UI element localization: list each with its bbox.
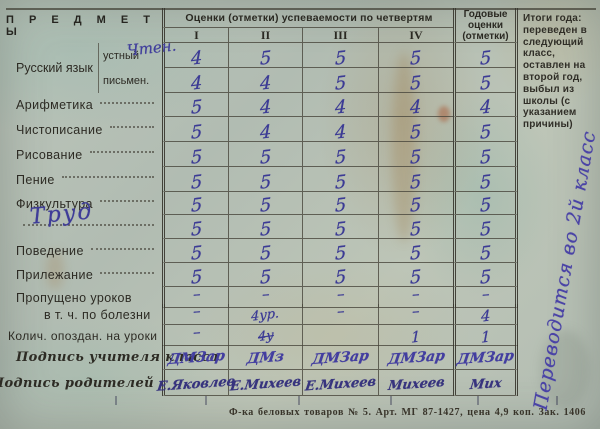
teacher-signature: ДМЗар xyxy=(456,348,515,368)
teacher-signature: ДМЗар xyxy=(386,348,445,368)
grade-value: 4 xyxy=(191,49,202,68)
parent-signature: Е.Яковлев xyxy=(156,374,236,395)
grade-value-struck: 4у xyxy=(258,330,274,344)
subject-label: Арифметика xyxy=(16,98,93,112)
grade-value: 5 xyxy=(191,244,202,263)
table-row-parents-signature: Подпись родителей Е.Яковлев Е.Михеев Е.М… xyxy=(6,370,518,396)
grade-value: – xyxy=(481,287,489,302)
grade-value: 5 xyxy=(191,148,202,167)
grade-value: – xyxy=(412,304,420,319)
showthrough-tick xyxy=(477,396,479,405)
grade-value: 5 xyxy=(480,49,491,68)
grade-value: 5 xyxy=(260,220,271,239)
parent-signature: Е.Михеев xyxy=(304,374,377,394)
grade-value: 4 xyxy=(335,123,346,142)
grade-value: – xyxy=(261,287,269,302)
parent-signature: Е.Михеев xyxy=(229,374,302,394)
table-row-conduct: Поведение 5 5 5 5 5 xyxy=(6,239,518,263)
grade-value: 5 xyxy=(480,148,491,167)
parent-signature: Михеев xyxy=(387,375,446,394)
quarter-col-3: III xyxy=(302,28,378,43)
teacher-signature: ДМз xyxy=(246,349,285,368)
quarter-col-4: IV xyxy=(378,28,453,43)
grade-value: 5 xyxy=(480,123,491,142)
grade-value: 5 xyxy=(480,244,491,263)
dotted-leader xyxy=(100,200,154,202)
grade-value: – xyxy=(192,304,200,319)
grade-value: 5 xyxy=(410,49,421,68)
grade-value: 1 xyxy=(481,329,490,345)
grade-value: – xyxy=(412,287,420,302)
table-row-arithmetic: Арифметика 5 4 4 4 4 xyxy=(6,93,518,117)
grade-value: 4 xyxy=(480,98,491,117)
subject-label: Прилежание xyxy=(16,268,93,282)
grade-value: 4 xyxy=(410,98,421,117)
grade-value: 5 xyxy=(410,148,421,167)
report-card-page: П Р Е Д М Е Т Ы Оценки (отметки) успевае… xyxy=(0,0,600,429)
table-row-teacher-signature: Подпись учителя класса ДМЗар ДМз ДМЗар Д… xyxy=(6,345,518,370)
quarter-col-2: II xyxy=(228,28,302,43)
grade-value: 5 xyxy=(410,220,421,239)
grade-value: 5 xyxy=(260,244,271,263)
grade-value: 5 xyxy=(260,196,271,215)
grade-value: 5 xyxy=(260,173,271,192)
parent-signature: Мих xyxy=(469,376,503,393)
grade-col-q4: 5 5 xyxy=(378,43,453,93)
subject-label: Пение xyxy=(16,173,55,187)
showthrough-tick xyxy=(298,396,300,405)
row-label: в т. ч. по болезни xyxy=(44,308,151,322)
grade-value: 5 xyxy=(410,196,421,215)
grade-col-year: 5 5 xyxy=(453,43,518,93)
grade-value: 5 xyxy=(191,173,202,192)
grade-value: 4 xyxy=(191,74,202,93)
grade-value: 5 xyxy=(410,244,421,263)
grade-value: 5 xyxy=(480,74,491,93)
table-row-drawing: Рисование 5 5 5 5 5 xyxy=(6,142,518,167)
dotted-leader xyxy=(100,102,154,104)
grade-value: 5 xyxy=(410,123,421,142)
dotted-leader xyxy=(100,272,154,274)
grade-value: 1 xyxy=(411,329,420,345)
table-row-missed-lessons: Пропущено уроков – – – – – xyxy=(6,287,518,304)
grade-value: 4ур. xyxy=(251,308,279,324)
grade-value: 5 xyxy=(260,148,271,167)
table-row-russian: Русский язык устный письмен. 4 4 5 4 5 5… xyxy=(6,43,518,93)
teacher-signature: ДМЗар xyxy=(167,348,226,368)
subject-label: Поведение xyxy=(16,244,84,258)
grade-value: 5 xyxy=(191,98,202,117)
table-header: П Р Е Д М Е Т Ы Оценки (отметки) успевае… xyxy=(6,8,518,43)
showthrough-tick xyxy=(390,396,392,405)
grade-value: 4 xyxy=(260,123,271,142)
dotted-leader xyxy=(90,151,154,153)
grade-value: 5 xyxy=(191,123,202,142)
table-row-penmanship: Чистописание 5 4 4 5 5 xyxy=(6,117,518,142)
grade-col-q2: 5 4 xyxy=(228,43,302,93)
grade-value: 5 xyxy=(410,173,421,192)
grade-value: 5 xyxy=(480,220,491,239)
grade-value: 5 xyxy=(335,196,346,215)
grade-col-q3: 5 5 xyxy=(302,43,378,93)
grade-value: 5 xyxy=(410,74,421,93)
yearly-header: Годовые оценки (отметки) xyxy=(453,8,518,43)
grade-value: – xyxy=(336,287,344,302)
parents-signature-label: Подпись родителей xyxy=(0,376,154,391)
subject-label: Русский язык xyxy=(16,61,93,75)
table-row-diligence: Прилежание 5 5 5 5 5 xyxy=(6,263,518,287)
grade-value: 5 xyxy=(191,220,202,239)
table-row-singing: Пение 5 5 5 5 5 xyxy=(6,167,518,192)
grade-value: 5 xyxy=(191,196,202,215)
subject-label: Чистописание xyxy=(16,123,103,137)
row-label: Пропущено уроков xyxy=(16,291,132,305)
quarters-header: Оценки (отметки) успеваемости по четверт… xyxy=(162,8,453,28)
subject-label: Рисование xyxy=(16,148,83,162)
grade-value: 4 xyxy=(260,98,271,117)
grade-value: 5 xyxy=(335,220,346,239)
grade-value: – xyxy=(192,325,200,340)
sublabel-written: письмен. xyxy=(103,75,162,87)
dotted-leader xyxy=(110,126,154,128)
dotted-leader xyxy=(62,176,154,178)
subjects-header: П Р Е Д М Е Т Ы xyxy=(6,8,162,43)
showthrough-tick xyxy=(205,396,207,405)
dotted-leader xyxy=(91,248,154,250)
handwritten-promotion-note: Переводится во 2й класс xyxy=(526,110,600,429)
grade-value: 5 xyxy=(335,49,346,68)
grade-value: – xyxy=(336,304,344,319)
grade-value: 5 xyxy=(335,74,346,93)
grade-value: 4 xyxy=(260,74,271,93)
teacher-signature: ДМЗар xyxy=(311,348,370,368)
grade-value: 5 xyxy=(260,49,271,68)
grade-value: 4 xyxy=(481,308,490,324)
grade-value: 5 xyxy=(335,173,346,192)
grade-value: 5 xyxy=(480,173,491,192)
grade-value: 5 xyxy=(335,148,346,167)
table-row-late-arrivals: Колич. опоздан. на уроки – 4у 1 1 xyxy=(6,325,518,345)
row-label: Колич. опоздан. на уроки xyxy=(8,329,157,343)
grade-value: – xyxy=(192,287,200,302)
grade-value: 4 xyxy=(335,98,346,117)
grade-value: 5 xyxy=(335,244,346,263)
table-row-illness: в т. ч. по болезни – 4ур. – – 4 xyxy=(6,304,518,325)
showthrough-tick xyxy=(115,396,117,405)
grade-value: 5 xyxy=(480,196,491,215)
